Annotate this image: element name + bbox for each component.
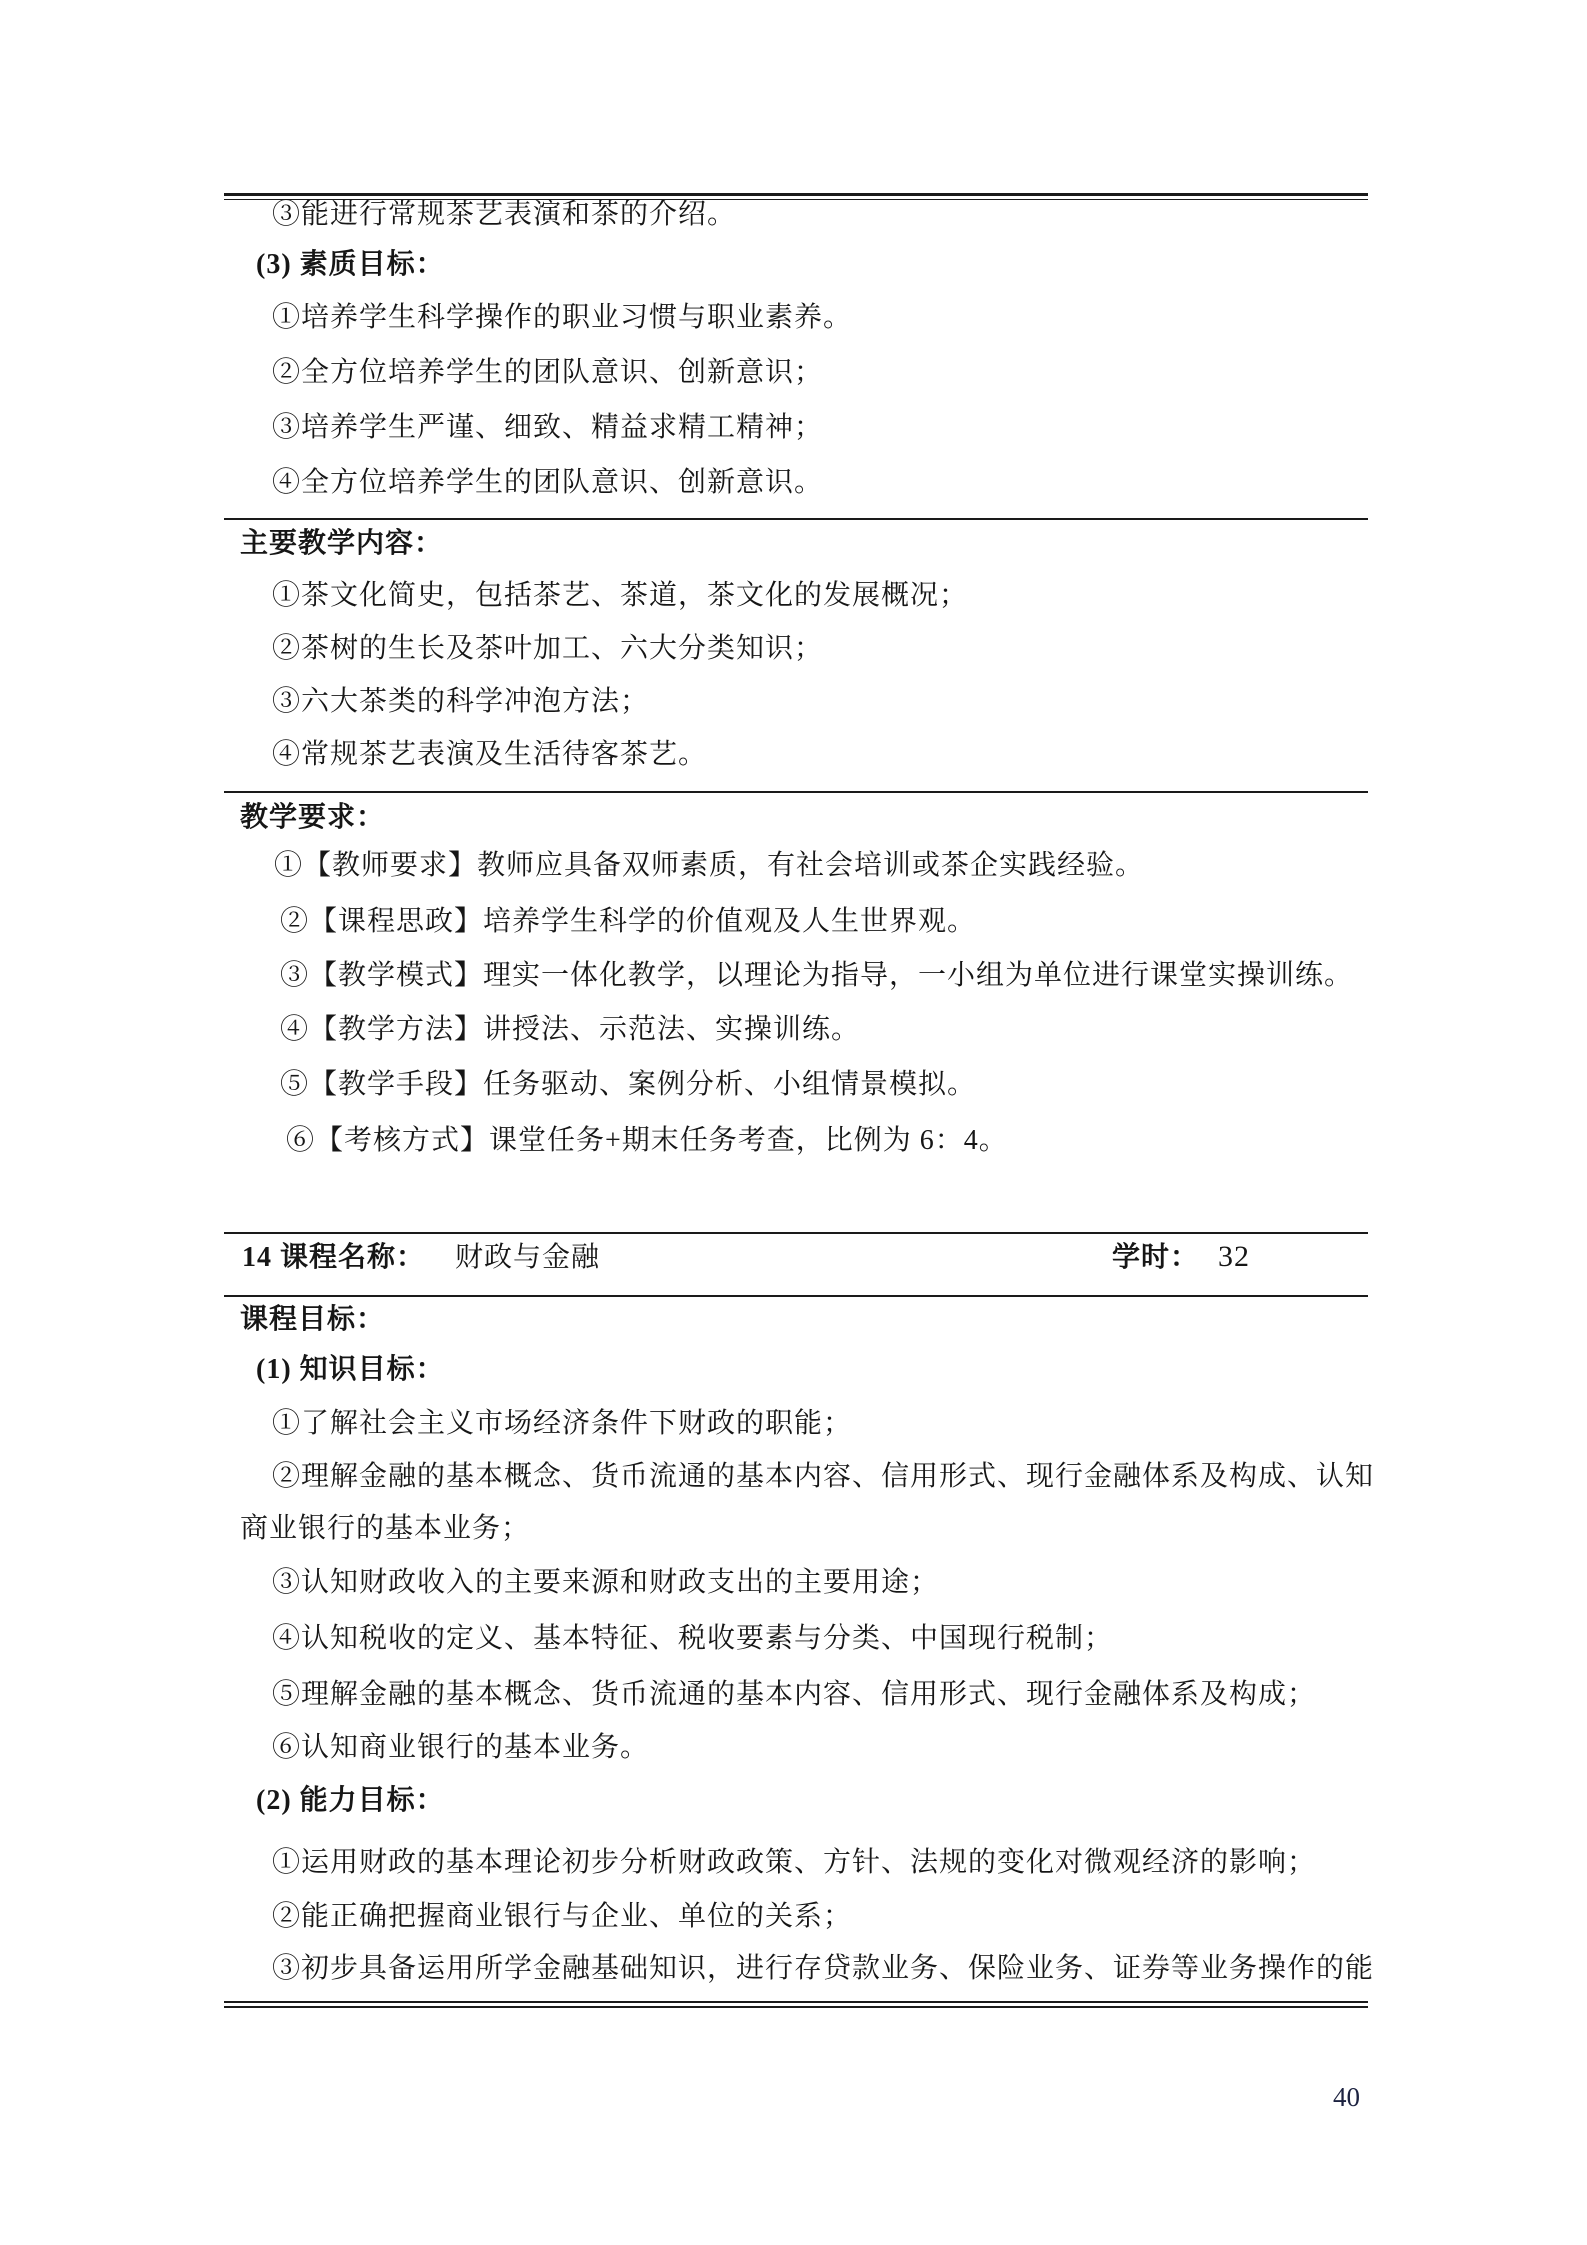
requirement-item: ②【课程思政】培养学生科学的价值观及人生世界观。	[280, 905, 976, 939]
requirement-item: ⑥【考核方式】课堂任务+期末任务考查，比例为 6：4。	[286, 1124, 1008, 1158]
content-item: ④常规茶艺表演及生活待客茶艺。	[272, 738, 707, 772]
ability-item: ③初步具备运用所学金融基础知识，进行存贷款业务、保险业务、证券等业务操作的能	[272, 1952, 1374, 1986]
requirement-item: ④【教学方法】讲授法、示范法、实操训练。	[280, 1013, 860, 1047]
quality-item: ①培养学生科学操作的职业习惯与职业素养。	[272, 301, 852, 335]
knowledge-item: ①了解社会主义市场经济条件下财政的职能；	[272, 1407, 852, 1441]
teaching-content-heading: 主要教学内容：	[240, 527, 443, 561]
quality-item: ②全方位培养学生的团队意识、创新意识；	[272, 356, 823, 390]
course-objectives-heading: 课程目标：	[240, 1303, 385, 1337]
content-item: ②茶树的生长及茶叶加工、六大分类知识；	[272, 632, 823, 666]
table-row-divider	[224, 518, 1368, 520]
ability-objectives-heading: (2) 能力目标：	[256, 1784, 445, 1818]
requirement-item: ①【教师要求】教师应具备双师素质，有社会培训或茶企实践经验。	[274, 849, 1144, 883]
table-row-divider	[224, 791, 1368, 793]
table-row-divider	[224, 1295, 1368, 1297]
hours-value: 32	[1218, 1240, 1250, 1274]
requirement-item: ⑤【教学手段】任务驱动、案例分析、小组情景模拟。	[280, 1068, 976, 1102]
knowledge-item: ③认知财政收入的主要来源和财政支出的主要用途；	[272, 1566, 939, 1600]
table-border-top	[224, 1232, 1368, 1234]
quality-item: ③培养学生严谨、细致、精益求精工精神；	[272, 411, 823, 445]
course-name: 财政与金融	[455, 1241, 600, 1275]
knowledge-item: ②理解金融的基本概念、货币流通的基本内容、信用形式、现行金融体系及构成、认知	[272, 1460, 1374, 1494]
knowledge-item: ⑤理解金融的基本概念、货币流通的基本内容、信用形式、现行金融体系及构成；	[272, 1678, 1316, 1712]
ability-item: ②能正确把握商业银行与企业、单位的关系；	[272, 1900, 852, 1934]
page-number: 40	[1333, 2082, 1360, 2113]
quality-item: ④全方位培养学生的团队意识、创新意识。	[272, 466, 823, 500]
content-item: ③六大茶类的科学冲泡方法；	[272, 685, 649, 719]
knowledge-item: ④认知税收的定义、基本特征、税收要素与分类、中国现行税制；	[272, 1622, 1113, 1656]
content-item: ①茶文化简史，包括茶艺、茶道，茶文化的发展概况；	[272, 579, 968, 613]
knowledge-item-continuation: 商业银行的基本业务；	[240, 1512, 530, 1546]
table-border-bottom	[224, 2001, 1368, 2008]
document-page: ③能进行常规茶艺表演和茶的介绍。 (3) 素质目标： ①培养学生科学操作的职业习…	[0, 0, 1587, 2245]
requirement-item: ③【教学模式】理实一体化教学，以理论为指导，一小组为单位进行课堂实操训练。	[280, 959, 1353, 993]
ability-item: ③能进行常规茶艺表演和茶的介绍。	[272, 198, 736, 232]
knowledge-item: ⑥认知商业银行的基本业务。	[272, 1731, 649, 1765]
course-number-label: 14 课程名称：	[242, 1241, 425, 1275]
teaching-requirements-heading: 教学要求：	[240, 801, 385, 835]
knowledge-objectives-heading: (1) 知识目标：	[256, 1353, 445, 1387]
quality-objectives-heading: (3) 素质目标：	[256, 248, 445, 282]
ability-item: ①运用财政的基本理论初步分析财政政策、方针、法规的变化对微观经济的影响；	[272, 1846, 1316, 1880]
hours-label: 学时：	[1112, 1241, 1199, 1275]
